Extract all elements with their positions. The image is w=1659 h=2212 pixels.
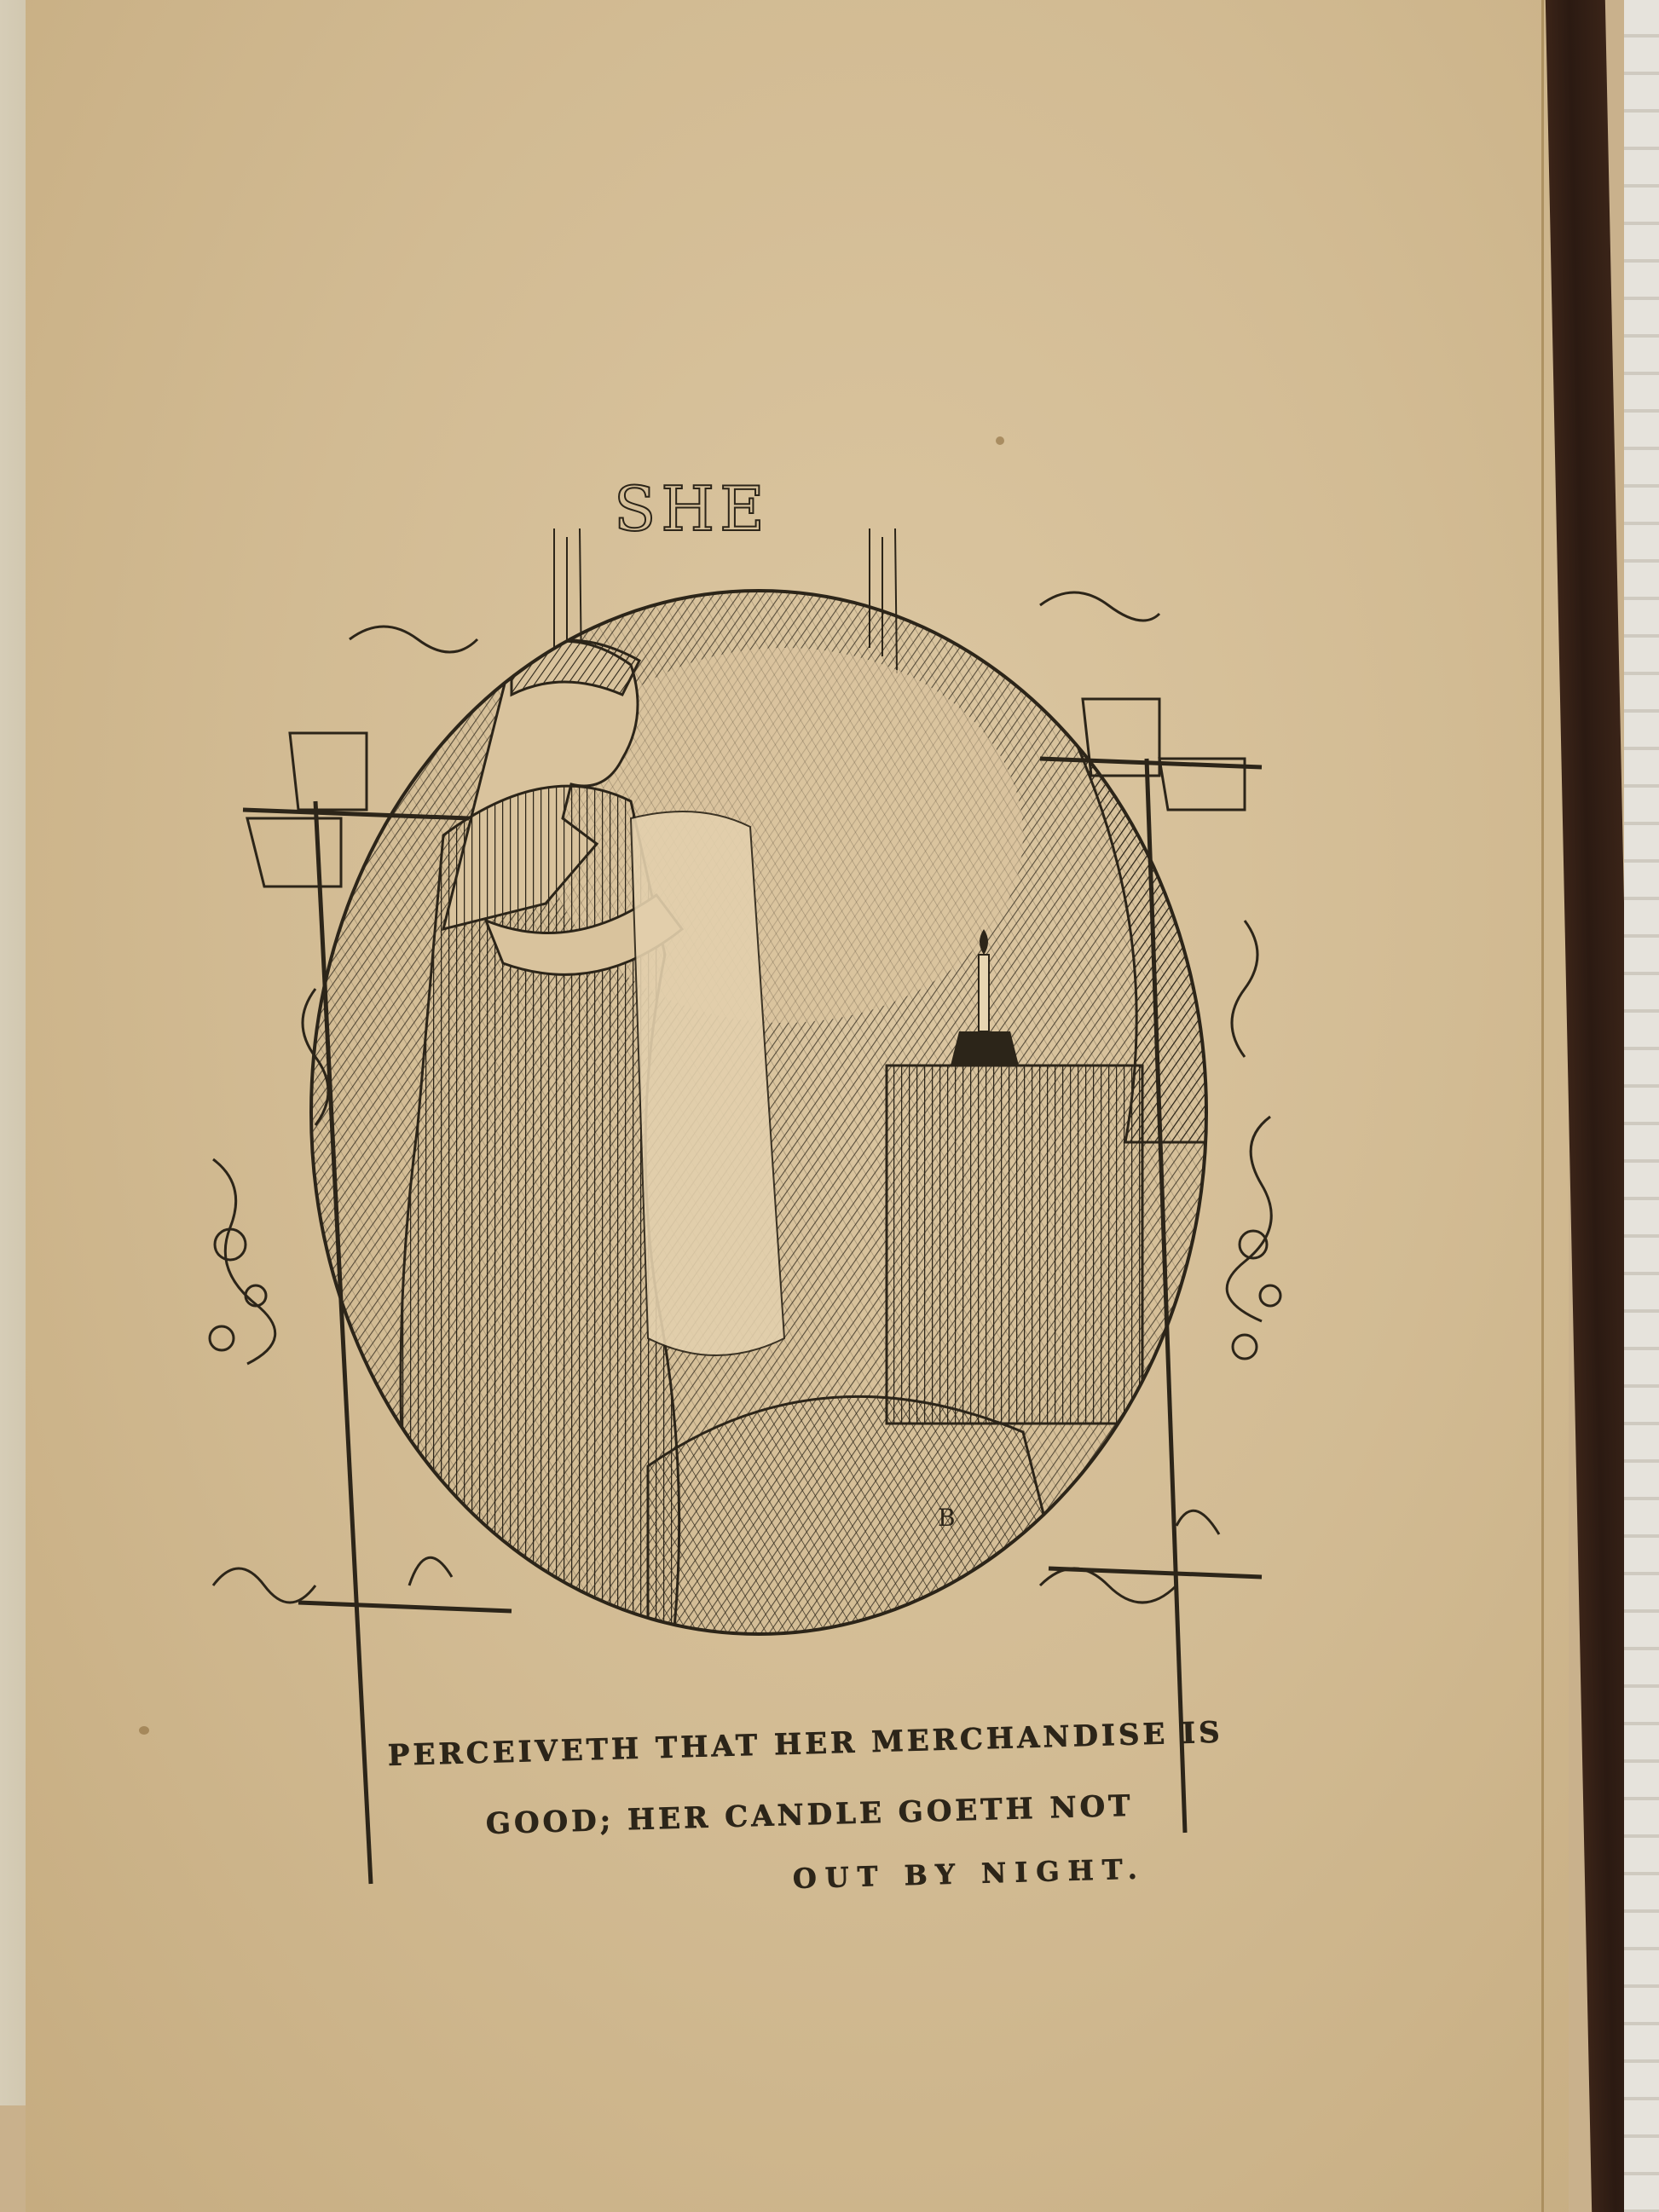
engraver-mark: B — [938, 1504, 956, 1532]
plate-title: SHE — [614, 473, 770, 545]
foxing-spot — [996, 436, 1004, 445]
page-edge-line — [1541, 0, 1544, 2212]
engraving-illustration: B — [188, 477, 1330, 1892]
foxing-spot — [139, 1726, 149, 1735]
bleed-through-text — [375, 175, 1023, 200]
book-photo: B SHE PERCEIVETH THAT HER MERCHANDISE IS… — [0, 0, 1659, 2212]
background-surface — [1624, 0, 1659, 2212]
